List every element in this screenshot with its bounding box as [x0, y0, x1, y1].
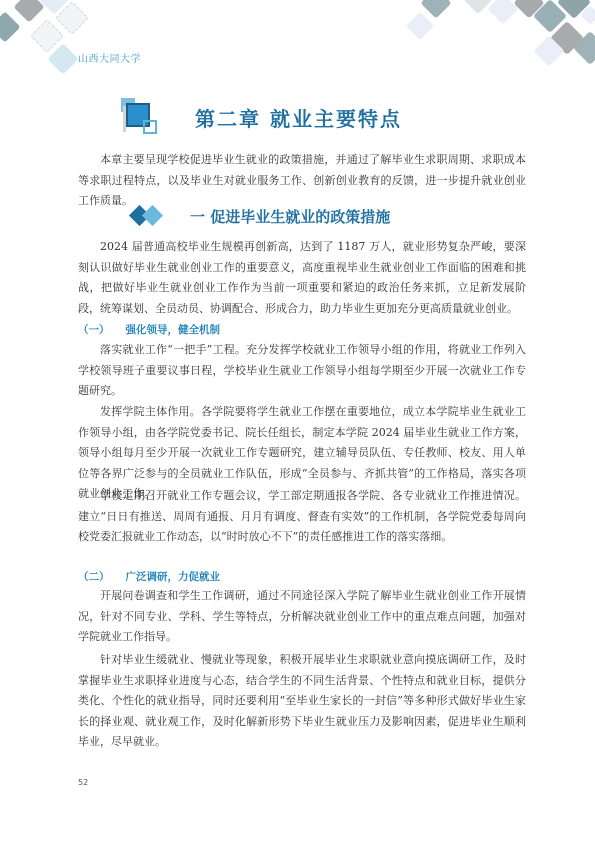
- subheading-number: （一）: [78, 324, 110, 336]
- section-title: 一 促进毕业生就业的政策措施: [190, 206, 390, 227]
- section-paragraph: 2024 届普通高校毕业生规模再创新高，达到了 1187 万人，就业形势复杂严峻…: [78, 237, 526, 319]
- paragraph: 落实就业工作“一把手”工程。充分发挥学校就业工作领导小组的作用，将就业工作列入学…: [78, 340, 526, 402]
- chapter-heading: 第二章 就业主要特点: [121, 97, 402, 137]
- chapter-squares-icon: [121, 98, 161, 136]
- paragraph: 开展问卷调查和学生工作调研，通过不同途径深入学院了解毕业生就业创业工作开展情况，…: [78, 586, 526, 648]
- chapter-title: 第二章 就业主要特点: [195, 103, 402, 132]
- school-name: 山西大同大学: [78, 50, 141, 65]
- subheading-title: 广泛调研，力促就业: [126, 571, 221, 583]
- subheading-1: （一）强化领导，健全机制: [78, 322, 220, 337]
- page-number: 52: [78, 778, 88, 787]
- paragraph: 学校定期召开就业工作专题会议，学工部定期通报各学院、各专业就业工作推进情况。建立…: [78, 486, 526, 548]
- paragraph: 针对毕业生缓就业、慢就业等现象，积极开展毕业生求职就业意向摸底调研工作，及时掌握…: [78, 650, 526, 753]
- subheading-number: （二）: [78, 571, 110, 583]
- diamond-icon: [130, 205, 168, 227]
- subheading-2: （二）广泛调研，力促就业: [78, 569, 220, 584]
- section-heading: 一 促进毕业生就业的政策措施: [130, 203, 390, 229]
- subheading-title: 强化领导，健全机制: [126, 324, 221, 336]
